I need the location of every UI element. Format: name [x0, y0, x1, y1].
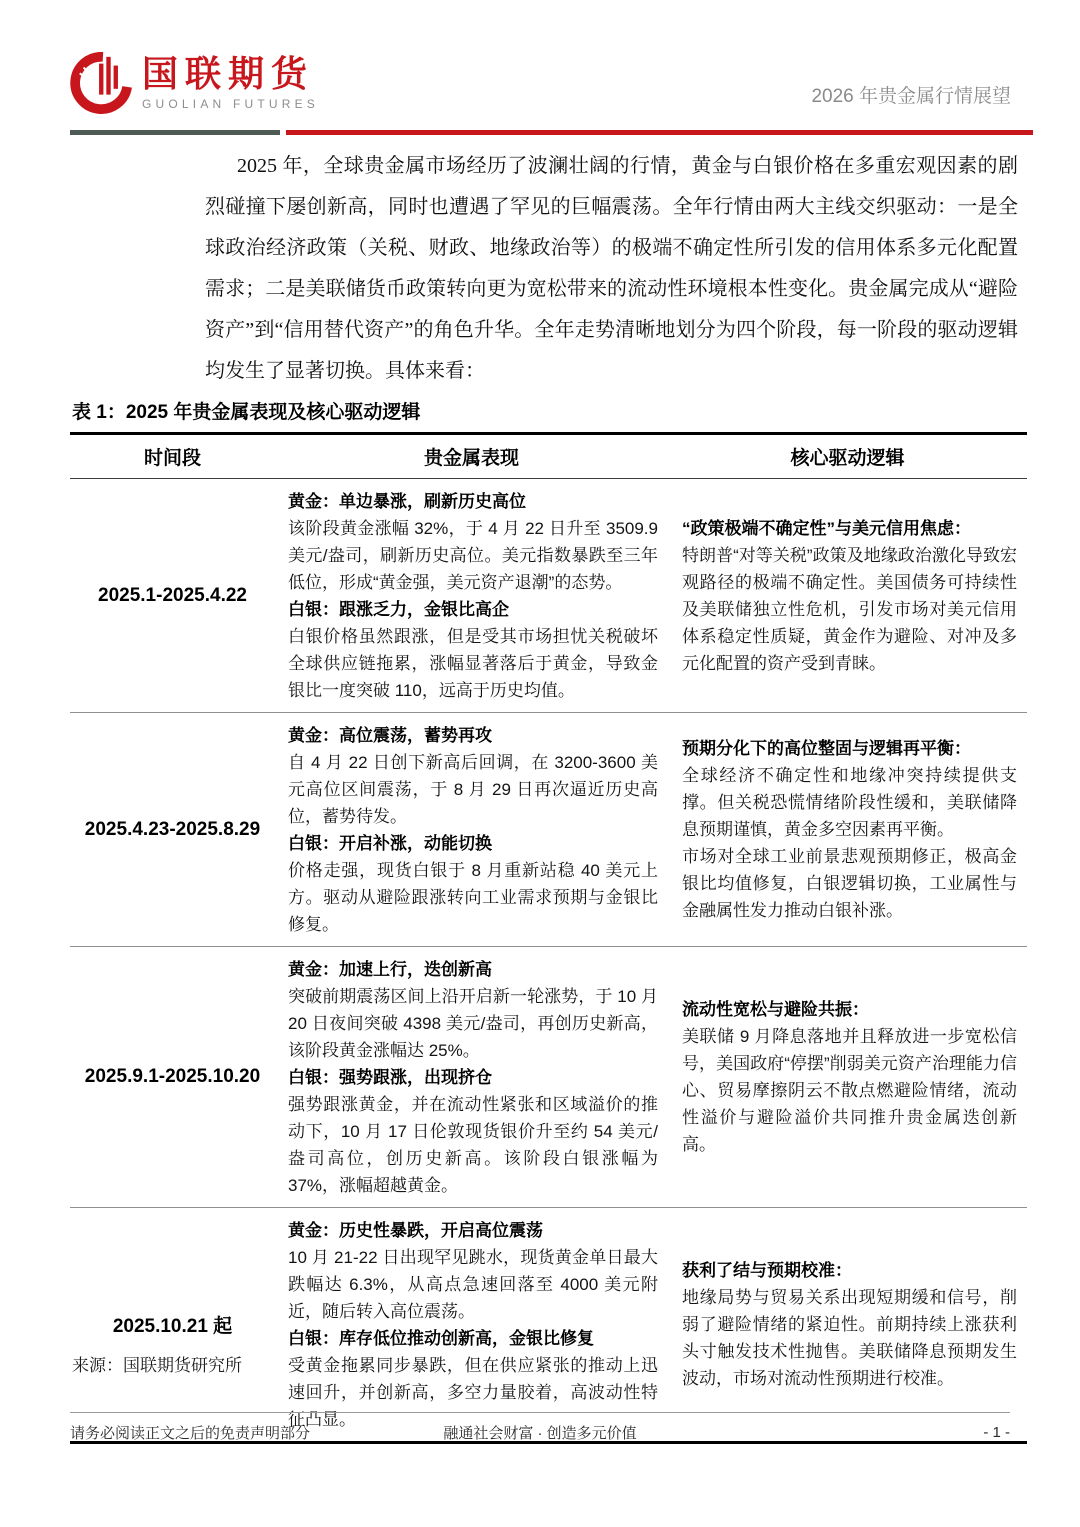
metal-text: 白银价格虽然跟涨，但是受其市场担忧关税破坏全球供应链拖累，涨幅显著落后于黄金，导…: [288, 623, 658, 704]
divider-dark-segment: [70, 130, 280, 135]
intro-paragraph: 2025 年，全球贵金属市场经历了波澜壮阔的行情，黄金与白银价格在多重宏观因素的…: [205, 146, 1018, 392]
footer-disclaimer: 请务必阅读正文之后的免责声明部分: [70, 1422, 383, 1443]
metal-text: 突破前期震荡区间上沿开启新一轮涨势，于 10 月 20 日夜间突破 4398 美…: [288, 983, 658, 1064]
metal-text: 自 4 月 22 日创下新高后回调，在 3200-3600 美元高位区间震荡，于…: [288, 749, 658, 830]
table-header-row: 时间段 贵金属表现 核心驱动逻辑: [70, 435, 1027, 479]
page-number: - 1 -: [697, 1424, 1010, 1441]
metal-heading: 白银：库存低位推动创新高，金银比修复: [288, 1325, 658, 1352]
metal-heading: 白银：强势跟涨，出现挤仓: [288, 1064, 658, 1091]
logo-name-cn: 国联期货: [142, 56, 319, 92]
header-divider: [70, 130, 1033, 135]
logic-text: 美联储 9 月降息落地并且释放进一步宽松信号，美国政府“停摆”削弱美元资产治理能…: [682, 1023, 1017, 1158]
logic-text: 地缘局势与贸易关系出现短期缓和信号，削弱了避险情绪的紧迫性。前期持续上涨获利头寸…: [682, 1284, 1017, 1392]
logic-heading: “政策极端不确定性”与美元信用焦虑：: [682, 515, 1017, 542]
col-header-period: 时间段: [70, 435, 275, 478]
metal-heading: 黄金：历史性暴跌，开启高位震荡: [288, 1217, 658, 1244]
logic-text: 特朗普“对等关税”政策及地缘政治激化导致宏观路径的极端不确定性。美国债务可持续性…: [682, 542, 1017, 677]
metal-heading: 黄金：单边暴涨，刷新历史高位: [288, 488, 658, 515]
performance-cell: 黄金：历史性暴跌，开启高位震荡10 月 21-22 日出现罕见跳水，现货黄金单日…: [275, 1208, 668, 1441]
logic-cell: 获利了结与预期校准：地缘局势与贸易关系出现短期缓和信号，削弱了避险情绪的紧迫性。…: [668, 1208, 1027, 1441]
logic-text: 市场对全球工业前景悲观预期修正，极高金银比均值修复，白银逻辑切换，工业属性与金融…: [682, 843, 1017, 924]
table-title: 表 1：2025 年贵金属表现及核心驱动逻辑: [72, 397, 420, 424]
period-cell: 2025.10.21 起: [70, 1208, 275, 1441]
logic-heading: 预期分化下的高位整固与逻辑再平衡：: [682, 735, 1017, 762]
table-body: 2025.1-2025.4.22黄金：单边暴涨，刷新历史高位该阶段黄金涨幅 32…: [70, 479, 1027, 1441]
table-row: 2025.9.1-2025.10.20黄金：加速上行，迭创新高突破前期震荡区间上…: [70, 946, 1027, 1207]
footer-divider: [70, 1412, 1010, 1413]
document-title: 2026 年贵金属行情展望: [811, 81, 1011, 108]
company-logo: 国联期货 GUOLIAN FUTURES: [70, 52, 319, 114]
table-row: 2025.4.23-2025.8.29黄金：高位震荡，蓄势再攻自 4 月 22 …: [70, 712, 1027, 946]
period-cell: 2025.1-2025.4.22: [70, 479, 275, 712]
metal-text: 该阶段黄金涨幅 32%，于 4 月 22 日升至 3509.9 美元/盎司，刷新…: [288, 515, 658, 596]
logo-text: 国联期货 GUOLIAN FUTURES: [142, 56, 319, 110]
performance-cell: 黄金：单边暴涨，刷新历史高位该阶段黄金涨幅 32%，于 4 月 22 日升至 3…: [275, 479, 668, 712]
report-page: 国联期货 GUOLIAN FUTURES 2026 年贵金属行情展望 2025 …: [0, 0, 1080, 1527]
divider-red-segment: [286, 130, 1033, 135]
logo-name-en: GUOLIAN FUTURES: [142, 98, 319, 110]
page-footer: 请务必阅读正文之后的免责声明部分 融通社会财富 · 创造多元价值 - 1 -: [70, 1422, 1010, 1443]
period-cell: 2025.4.23-2025.8.29: [70, 713, 275, 946]
logic-cell: 流动性宽松与避险共振：美联储 9 月降息落地并且释放进一步宽松信号，美国政府“停…: [668, 947, 1027, 1207]
metal-text: 价格走强，现货白银于 8 月重新站稳 40 美元上方。驱动从避险跟涨转向工业需求…: [288, 857, 658, 938]
metal-text: 强势跟涨黄金，并在流动性紧张和区域溢价的推动下，10 月 17 日伦敦现货银价升…: [288, 1091, 658, 1199]
performance-cell: 黄金：加速上行，迭创新高突破前期震荡区间上沿开启新一轮涨势，于 10 月 20 …: [275, 947, 668, 1207]
period-cell: 2025.9.1-2025.10.20: [70, 947, 275, 1207]
metal-heading: 黄金：加速上行，迭创新高: [288, 956, 658, 983]
table-row: 2025.1-2025.4.22黄金：单边暴涨，刷新历史高位该阶段黄金涨幅 32…: [70, 479, 1027, 712]
page-header: 国联期货 GUOLIAN FUTURES 2026 年贵金属行情展望: [70, 52, 1033, 114]
logic-heading: 获利了结与预期校准：: [682, 1257, 1017, 1284]
metal-text: 受黄金拖累同步暴跌，但在供应紧张的推动上迅速回升，并创新高，多空力量胶着，高波动…: [288, 1352, 658, 1433]
logic-text: 全球经济不确定性和地缘冲突持续提供支撑。但关税恐慌情绪阶段性缓和，美联储降息预期…: [682, 762, 1017, 843]
performance-table: 时间段 贵金属表现 核心驱动逻辑 2025.1-2025.4.22黄金：单边暴涨…: [70, 432, 1027, 1444]
footer-slogan: 融通社会财富 · 创造多元价值: [383, 1422, 696, 1443]
logic-cell: 预期分化下的高位整固与逻辑再平衡：全球经济不确定性和地缘冲突持续提供支撑。但关税…: [668, 713, 1027, 946]
logic-heading: 流动性宽松与避险共振：: [682, 996, 1017, 1023]
metal-heading: 白银：跟涨乏力，金银比高企: [288, 596, 658, 623]
source-note: 来源：国联期货研究所: [72, 1351, 242, 1376]
guolian-logo-icon: [70, 52, 132, 114]
performance-cell: 黄金：高位震荡，蓄势再攻自 4 月 22 日创下新高后回调，在 3200-360…: [275, 713, 668, 946]
metal-heading: 白银：开启补涨，动能切换: [288, 830, 658, 857]
metal-heading: 黄金：高位震荡，蓄势再攻: [288, 722, 658, 749]
metal-text: 10 月 21-22 日出现罕见跳水，现货黄金单日最大跌幅达 6.3%，从高点急…: [288, 1244, 658, 1325]
logic-cell: “政策极端不确定性”与美元信用焦虑：特朗普“对等关税”政策及地缘政治激化导致宏观…: [668, 479, 1027, 712]
table-row: 2025.10.21 起黄金：历史性暴跌，开启高位震荡10 月 21-22 日出…: [70, 1207, 1027, 1441]
col-header-logic: 核心驱动逻辑: [668, 435, 1027, 478]
col-header-performance: 贵金属表现: [275, 435, 668, 478]
